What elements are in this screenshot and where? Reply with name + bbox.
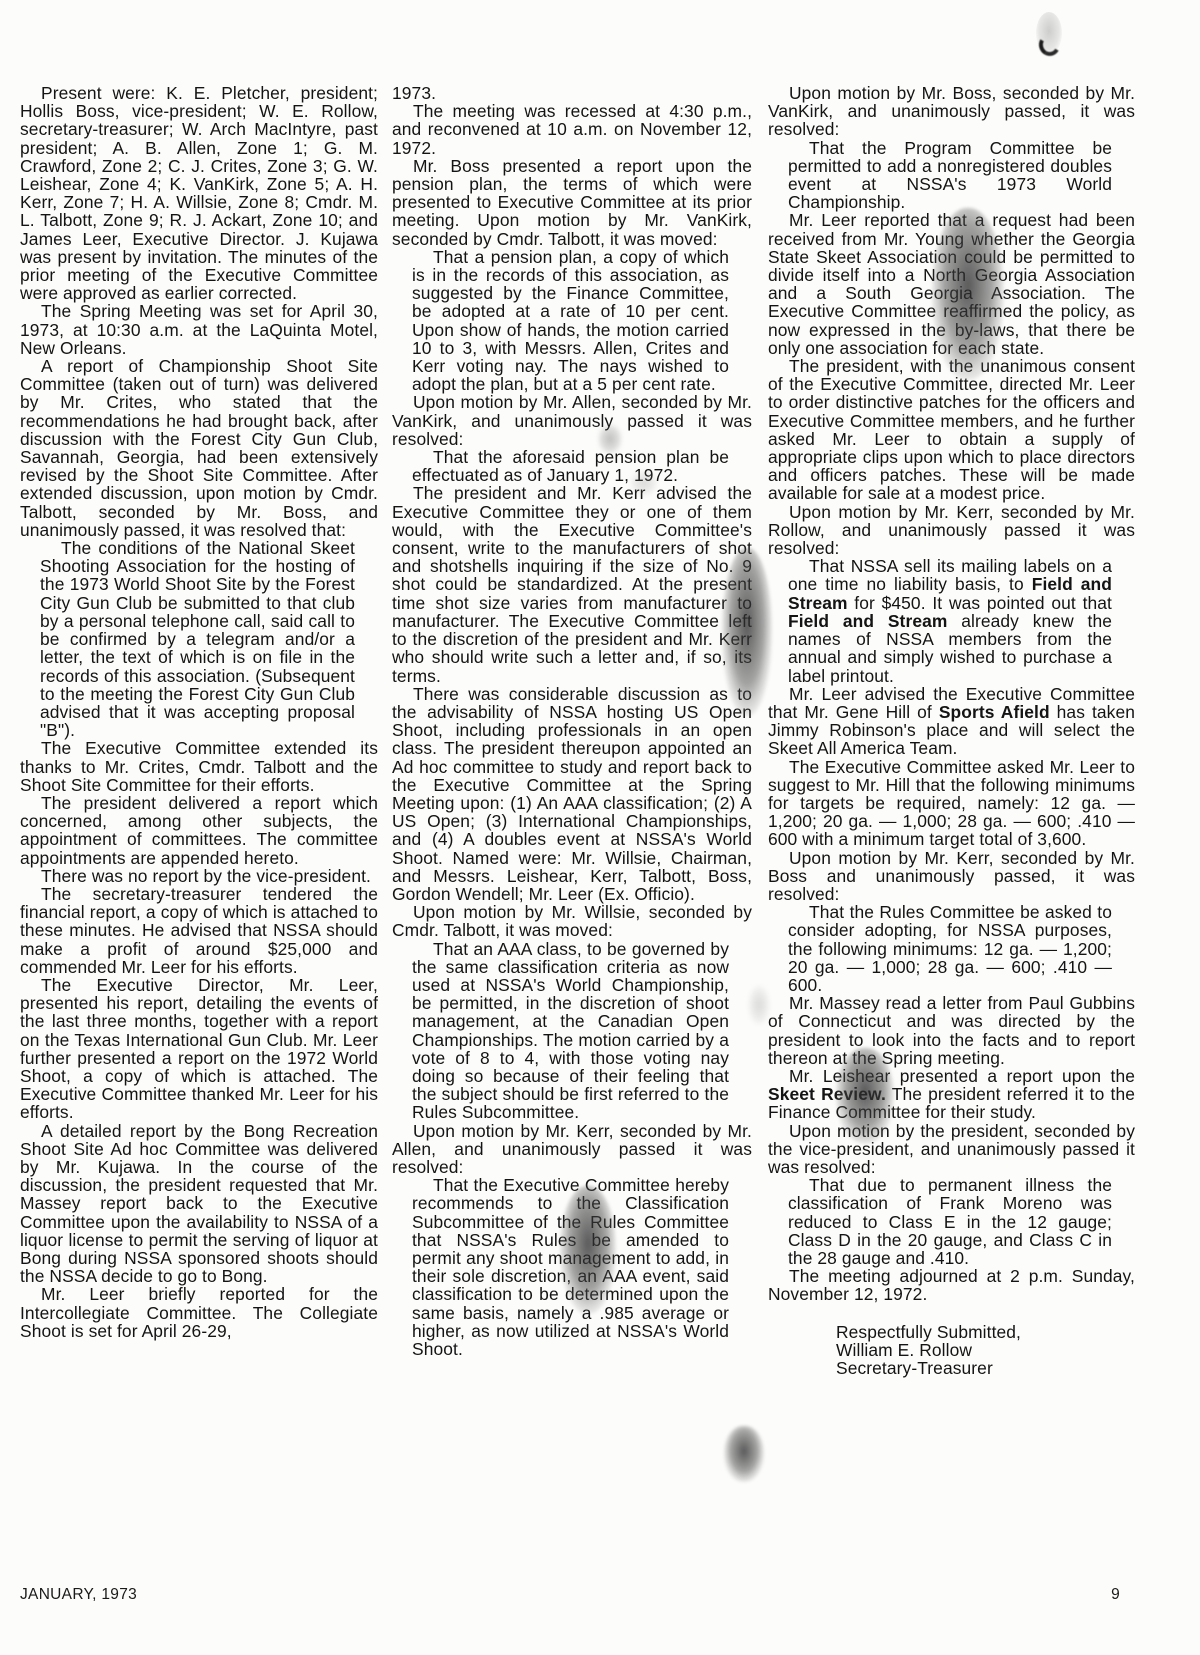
paragraph: Upon motion by Mr. Kerr, seconded by Mr.…: [768, 503, 1135, 558]
paragraph: The Executive Committee asked Mr. Leer t…: [768, 758, 1135, 849]
paragraph: Mr. Massey read a letter from Paul Gubbi…: [768, 994, 1135, 1067]
paragraph: The conditions of the National Skeet Sho…: [40, 539, 355, 739]
ink-mark-top-right: [1036, 12, 1062, 54]
column-2: 1973.The meeting was recessed at 4:30 p.…: [392, 84, 752, 1358]
paragraph: The president and Mr. Kerr advised the E…: [392, 484, 752, 684]
column-3: Upon motion by Mr. Boss, seconded by Mr.…: [768, 84, 1135, 1377]
paragraph: The Executive Director, Mr. Leer, presen…: [20, 976, 378, 1122]
paragraph: The Spring Meeting was set for April 30,…: [20, 302, 378, 357]
paragraph: The president, with the unanimous consen…: [768, 357, 1135, 503]
signature-block: Respectfully Submitted,William E. Rollow…: [836, 1323, 1135, 1378]
footer-page-number: 9: [1111, 1586, 1120, 1604]
paragraph: The Executive Committee extended its tha…: [20, 739, 378, 794]
paragraph: Mr. Leer briefly reported for the Interc…: [20, 1285, 378, 1340]
paragraph: That the Rules Committee be asked to con…: [788, 903, 1112, 994]
paragraph: A report of Championship Shoot Site Comm…: [20, 357, 378, 539]
paragraph: Present were: K. E. Pletcher, president;…: [20, 84, 378, 302]
page-footer: JANUARY, 1973 9: [20, 1586, 1120, 1604]
paragraph: Upon motion by Mr. Boss, seconded by Mr.…: [768, 84, 1135, 139]
scanned-magazine-page: Present were: K. E. Pletcher, president;…: [0, 0, 1200, 1655]
paragraph: That NSSA sell its mailing labels on a o…: [788, 557, 1112, 684]
paragraph: Upon motion by Mr. Kerr, seconded by Mr.…: [768, 849, 1135, 904]
paragraph: 1973.: [392, 84, 752, 102]
paragraph: That a pension plan, a copy of which is …: [412, 248, 729, 394]
paragraph: Mr. Leishear presented a report upon the…: [768, 1067, 1135, 1122]
paragraph: Upon motion by Mr. Allen, seconded by Mr…: [392, 393, 752, 448]
paragraph: That the Program Committee be permitted …: [788, 139, 1112, 212]
paragraph: That an AAA class, to be governed by the…: [412, 940, 729, 1122]
paragraph: The president delivered a report which c…: [20, 794, 378, 867]
paragraph: Upon motion by the president, seconded b…: [768, 1122, 1135, 1177]
paragraph: Upon motion by Mr. Kerr, seconded by Mr.…: [392, 1122, 752, 1177]
ink-smudge: [724, 1426, 764, 1482]
paragraph: That the aforesaid pension plan be effec…: [412, 448, 729, 484]
paragraph: Mr. Boss presented a report upon the pen…: [392, 157, 752, 248]
paragraph: Mr. Leer advised the Executive Committee…: [768, 685, 1135, 758]
paragraph: The secretary-treasurer tendered the fin…: [20, 885, 378, 976]
paragraph: There was considerable discussion as to …: [392, 685, 752, 903]
footer-issue-date: JANUARY, 1973: [20, 1586, 137, 1604]
column-1: Present were: K. E. Pletcher, president;…: [20, 84, 378, 1340]
paragraph: Upon motion by Mr. Willsie, seconded by …: [392, 903, 752, 939]
paragraph: Mr. Leer reported that a request had bee…: [768, 211, 1135, 357]
paragraph: A detailed report by the Bong Recreation…: [20, 1122, 378, 1286]
paragraph: There was no report by the vice-presiden…: [20, 867, 378, 885]
paragraph: The meeting was recessed at 4:30 p.m., a…: [392, 102, 752, 157]
paragraph: That the Executive Committee hereby reco…: [412, 1176, 729, 1358]
paragraph: That due to permanent illness the classi…: [788, 1176, 1112, 1267]
paragraph: The meeting adjourned at 2 p.m. Sunday, …: [768, 1267, 1135, 1303]
